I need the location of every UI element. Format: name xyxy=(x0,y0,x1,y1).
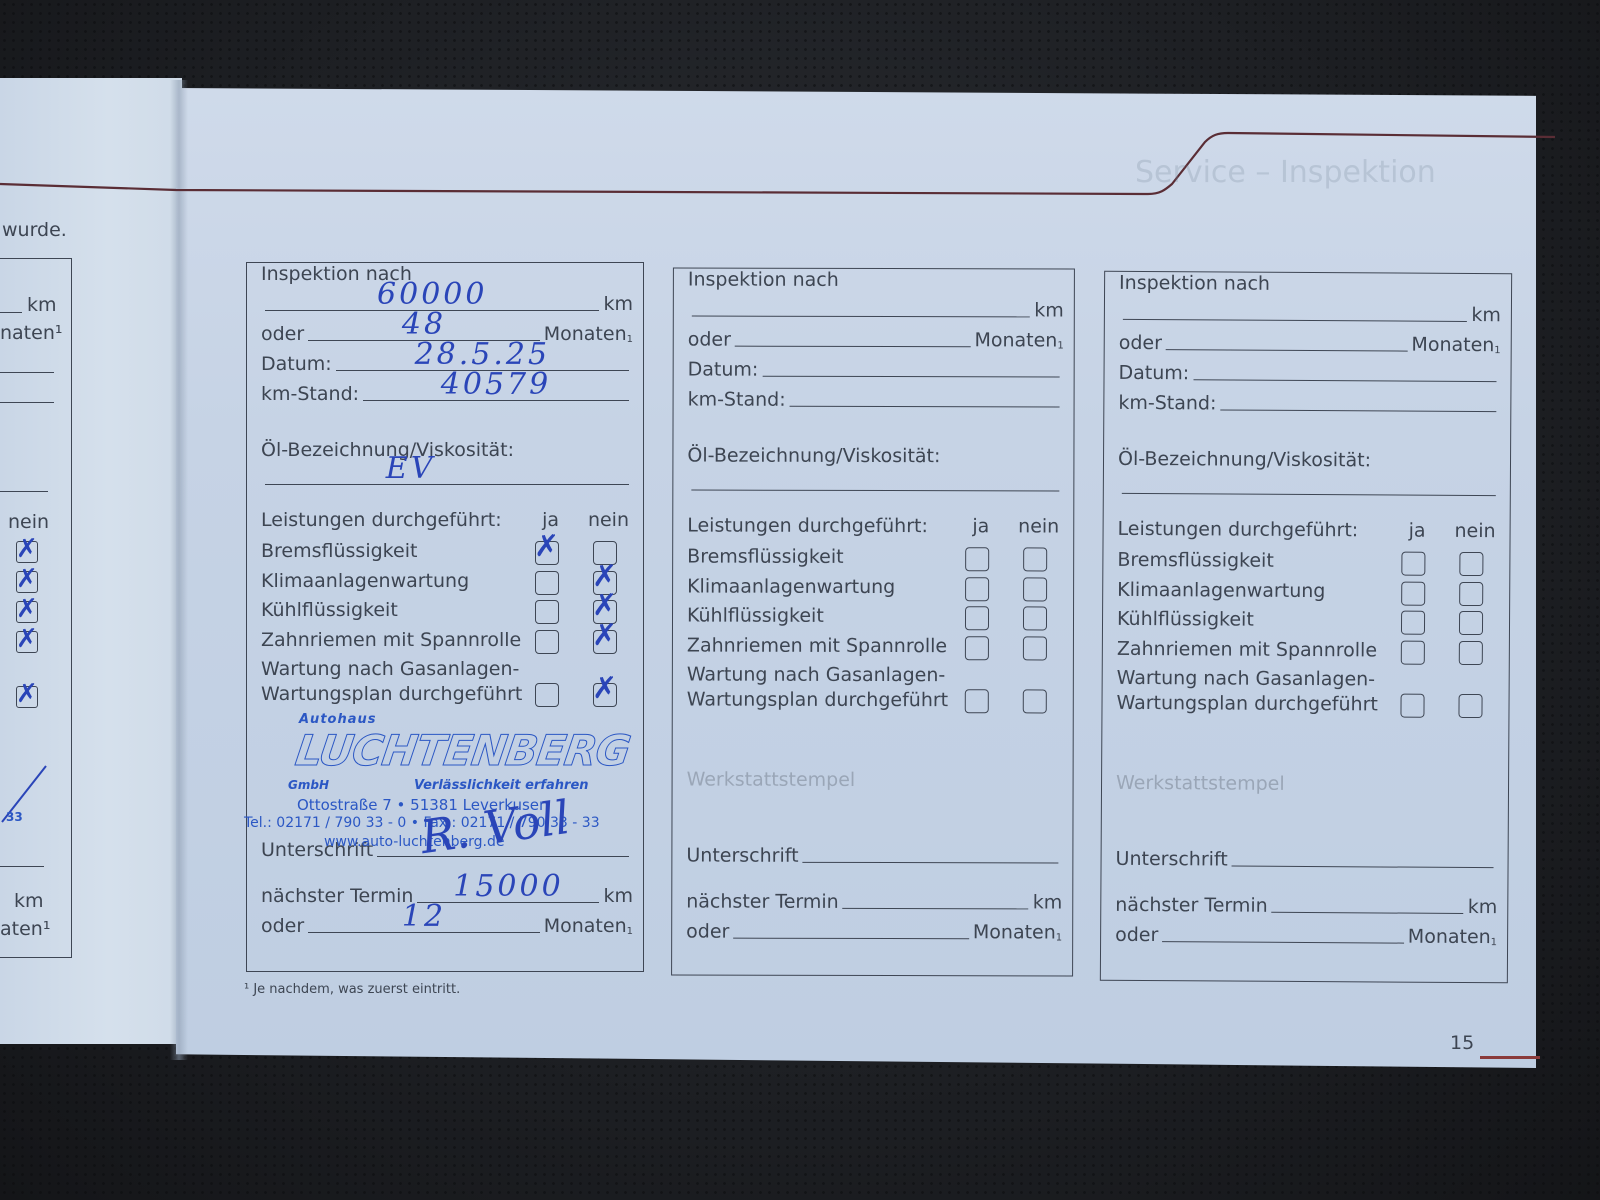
date-row: Datum: xyxy=(1118,358,1500,386)
left-line xyxy=(0,866,44,867)
next-service-km-row-field[interactable] xyxy=(843,887,1029,909)
inspection-km-row-field[interactable] xyxy=(1123,298,1468,322)
service-ja-checkbox[interactable] xyxy=(535,600,559,624)
next-service-km-row-field[interactable] xyxy=(1272,891,1464,914)
inspection-km-row: km xyxy=(688,295,1064,322)
service-row: Zahnriemen mit Spannrolle xyxy=(687,634,1059,665)
services-title: Leistungen durchgeführt: xyxy=(1118,518,1359,541)
stamp-autohaus: Autohaus xyxy=(299,712,376,727)
inspection-card-2: Inspektion nach km oder Monaten 1 Datum:… xyxy=(671,267,1075,976)
odometer-row-handwritten: 40579 xyxy=(441,367,551,402)
service-label: Zahnriemen mit Spannrolle xyxy=(261,628,521,653)
service-nein-checkbox[interactable] xyxy=(1023,547,1047,571)
next-service-km-row-unit: km xyxy=(1033,891,1063,913)
service-row: Wartung nach Gasanlagen- Wartungsplan du… xyxy=(1117,666,1495,698)
inspection-card-1: Inspektion nach 60000 km oder 48 Monaten… xyxy=(246,262,644,972)
service-label: Klimaanlagenwartung xyxy=(1117,578,1325,604)
page-number-accent xyxy=(1480,1056,1540,1059)
oil-label: Öl-Bezeichnung/Viskosität: xyxy=(687,445,1059,468)
oil-handwritten: EV xyxy=(386,451,436,486)
service-nein-checkbox[interactable] xyxy=(1459,641,1483,665)
oil-field[interactable]: EV xyxy=(265,463,629,485)
service-label: Wartung nach Gasanlagen- Wartungsplan du… xyxy=(687,663,948,714)
inspection-km-row-unit: km xyxy=(1471,304,1501,326)
service-label: Bremsflüssigkeit xyxy=(261,539,417,564)
odometer-row-label: km-Stand: xyxy=(1118,392,1216,415)
next-service-months-row-unit: Monaten xyxy=(1408,926,1491,949)
service-label: Wartung nach Gasanlagen- Wartungsplan du… xyxy=(1116,666,1378,718)
footnote-mark: 1 xyxy=(1491,937,1497,948)
inspection-card-3: Inspektion nach km oder Monaten 1 Datum:… xyxy=(1100,271,1512,983)
inspection-months-row-label: oder xyxy=(261,323,304,345)
service-row: Bremsflüssigkeit xyxy=(261,539,629,569)
odometer-row-label: km-Stand: xyxy=(261,383,359,405)
service-label: Zahnriemen mit Spannrolle xyxy=(687,634,947,660)
service-label: Kühlflüssigkeit xyxy=(1117,607,1254,633)
service-nein-checkbox[interactable] xyxy=(1459,582,1483,606)
service-row: Kühlflüssigkeit xyxy=(687,604,1059,635)
booklet-spine xyxy=(170,80,188,1060)
service-row: Klimaanlagenwartung xyxy=(687,575,1059,606)
ja-column-header: ja xyxy=(542,509,559,531)
service-label: Bremsflüssigkeit xyxy=(1117,548,1274,574)
footnote-mark: 1 xyxy=(1056,932,1062,943)
oil-row: EV xyxy=(261,463,633,489)
signature-field[interactable] xyxy=(1232,845,1494,869)
inspection-months-row: oder Monaten 1 xyxy=(688,325,1064,352)
service-row: Bremsflüssigkeit xyxy=(687,545,1059,576)
signature-field[interactable] xyxy=(803,841,1059,864)
service-row: Kühlflüssigkeit xyxy=(1117,607,1495,639)
date-row-label: Datum: xyxy=(1118,362,1189,384)
inspection-months-row-unit: Monaten xyxy=(1411,334,1494,357)
date-row-field[interactable] xyxy=(1193,358,1496,382)
inspection-km-row-unit: km xyxy=(1034,299,1064,321)
next-service-km-row-label: nächster Termin xyxy=(1115,894,1268,917)
left-stamp-fragment: 33 xyxy=(6,810,23,824)
service-row: Bremsflüssigkeit xyxy=(1117,548,1495,580)
service-row: Zahnriemen mit Spannrolle xyxy=(1117,637,1495,669)
next-service-km-row-unit: km xyxy=(1468,896,1498,918)
service-label: Klimaanlagenwartung xyxy=(261,569,469,594)
next-service-months-row-field[interactable] xyxy=(1162,920,1404,943)
inspection-months-row-unit: Monaten xyxy=(974,329,1057,351)
stamp-company-name: LUCHTENBERG xyxy=(293,726,633,775)
next-service-months-row: oder Monaten 1 xyxy=(1115,920,1497,948)
next-service-months-row-unit: Monaten xyxy=(544,915,627,937)
left-line xyxy=(0,402,54,403)
next-service-months-row-field[interactable] xyxy=(733,917,969,940)
inspection-months-row-unit: Monaten xyxy=(544,323,627,345)
service-row: Klimaanlagenwartung xyxy=(261,569,629,599)
next-service-km-row-label: nächster Termin xyxy=(261,885,413,907)
service-label: Kühlflüssigkeit xyxy=(687,604,824,629)
next-service-months-row-label: oder xyxy=(686,921,729,943)
footnote: ¹ Je nachdem, was zuerst eintritt. xyxy=(244,982,460,997)
service-nein-checkbox[interactable] xyxy=(1023,689,1047,713)
service-ja-checkbox[interactable] xyxy=(1401,611,1425,635)
oil-label: Öl-Bezeichnung/Viskosität: xyxy=(1118,448,1496,472)
ja-column-header: ja xyxy=(1409,520,1426,542)
service-label: Wartung nach Gasanlagen- Wartungsplan du… xyxy=(261,657,522,707)
nein-column-header: nein xyxy=(1018,515,1059,537)
odometer-row: km-Stand: xyxy=(688,385,1064,412)
signature-row: Unterschrift xyxy=(1116,844,1498,872)
service-nein-checkbox[interactable] xyxy=(593,630,617,654)
ja-column-header: ja xyxy=(972,515,989,537)
left-line xyxy=(0,372,54,373)
services-header: Leistungen durchgeführt: ja nein xyxy=(1118,518,1496,542)
left-wurde-text: wurde. xyxy=(2,219,67,241)
service-ja-checkbox[interactable] xyxy=(965,606,989,630)
workshop-stamp-placeholder: Werkstattstempel xyxy=(687,769,856,791)
services-title: Leistungen durchgeführt: xyxy=(261,509,502,531)
service-nein-checkbox[interactable] xyxy=(1458,694,1482,718)
service-nein-checkbox[interactable] xyxy=(1023,577,1047,601)
signature-label: Unterschrift xyxy=(686,845,798,867)
left-line xyxy=(0,491,48,492)
next-service-km-row: nächster Termin 15000 km xyxy=(261,881,633,907)
odometer-row-label: km-Stand: xyxy=(688,389,786,411)
left-monaten-bottom: aten¹ xyxy=(0,918,50,940)
service-label: Zahnriemen mit Spannrolle xyxy=(1117,637,1377,664)
next-service-months-row: oder Monaten 1 xyxy=(686,917,1062,944)
stamp-gmbh: GmbH xyxy=(288,778,329,792)
next-service-km-row-handwritten: 15000 xyxy=(453,869,563,904)
inspection-months-row-field[interactable] xyxy=(735,325,971,348)
oil-field[interactable] xyxy=(691,469,1059,492)
faint-header-title: Service – Inspektion xyxy=(1135,155,1436,190)
left-line xyxy=(0,312,22,313)
footnote-mark: 1 xyxy=(627,334,633,345)
odometer-row-field[interactable] xyxy=(1220,388,1496,412)
service-ja-checkbox[interactable] xyxy=(535,683,559,707)
inspection-months-row: oder Monaten 1 xyxy=(1119,328,1501,356)
left-nein-checkbox[interactable]: ✗ xyxy=(16,541,38,563)
left-km: km xyxy=(27,294,57,316)
odometer-row-field[interactable]: 40579 xyxy=(363,379,629,401)
inspection-months-row-field[interactable] xyxy=(1166,328,1408,351)
next-service-months-row-handwritten: 12 xyxy=(402,899,446,934)
left-km-bottom: km xyxy=(14,890,44,912)
footnote-mark: 1 xyxy=(1494,345,1500,356)
oil-label: Öl-Bezeichnung/Viskosität: xyxy=(261,439,629,461)
service-nein-checkbox[interactable] xyxy=(1023,636,1047,660)
next-service-km-row: nächster Termin km xyxy=(686,887,1062,914)
odometer-row-field[interactable] xyxy=(790,385,1060,408)
inspection-months-row-label: oder xyxy=(1119,332,1162,354)
next-service-months-row-label: oder xyxy=(1115,924,1158,946)
service-ja-checkbox[interactable] xyxy=(1400,694,1424,718)
nein-column-header: nein xyxy=(1454,520,1495,542)
service-ja-checkbox[interactable] xyxy=(965,577,989,601)
left-nein-checkbox[interactable]: ✗ xyxy=(16,601,38,623)
service-nein-checkbox[interactable] xyxy=(1459,611,1483,635)
next-service-km-row-label: nächster Termin xyxy=(686,891,838,913)
service-ja-checkbox[interactable] xyxy=(1401,582,1425,606)
footnote-mark: 1 xyxy=(1057,340,1063,351)
service-ja-checkbox[interactable] xyxy=(965,547,989,571)
page-number: 15 xyxy=(1450,1032,1474,1054)
next-service-months-row-unit: Monaten xyxy=(973,921,1056,943)
service-label: Klimaanlagenwartung xyxy=(687,575,895,601)
oil-row xyxy=(687,469,1063,496)
date-row-label: Datum: xyxy=(261,353,332,375)
signature-label: Unterschrift xyxy=(1116,848,1228,871)
oil-field[interactable] xyxy=(1122,472,1496,496)
inspection-title: Inspektion nach xyxy=(1119,272,1497,296)
service-ja-checkbox[interactable] xyxy=(1401,641,1425,665)
service-ja-checkbox[interactable] xyxy=(535,571,559,595)
service-ja-checkbox[interactable] xyxy=(965,689,989,713)
service-nein-checkbox[interactable] xyxy=(593,683,617,707)
left-nein-checkbox[interactable]: ✗ xyxy=(16,686,38,708)
date-row-field[interactable] xyxy=(762,355,1059,378)
service-ja-checkbox[interactable] xyxy=(965,636,989,660)
odometer-row: km-Stand: 40579 xyxy=(261,379,633,405)
left-nein: nein xyxy=(8,511,49,533)
inspection-km-row-field[interactable] xyxy=(692,295,1031,318)
services-title: Leistungen durchgeführt: xyxy=(687,515,928,538)
left-nein-checkbox[interactable]: ✗ xyxy=(16,571,38,593)
next-service-months-row-label: oder xyxy=(261,915,304,937)
inspection-months-row-label: oder xyxy=(688,329,731,351)
workshop-stamp-placeholder: Werkstattstempel xyxy=(1116,772,1285,795)
left-monaten: naten¹ xyxy=(0,322,62,344)
inspection-title: Inspektion nach xyxy=(688,269,1060,292)
service-ja-checkbox[interactable] xyxy=(535,630,559,654)
services-header: Leistungen durchgeführt: ja nein xyxy=(261,509,629,531)
service-row: Zahnriemen mit Spannrolle xyxy=(261,628,629,658)
next-service-km-row: nächster Termin km xyxy=(1115,890,1497,918)
nein-column-header: nein xyxy=(588,509,629,531)
service-nein-checkbox[interactable] xyxy=(1459,552,1483,576)
left-nein-checkbox[interactable]: ✗ xyxy=(16,631,38,653)
next-service-km-row-unit: km xyxy=(603,885,633,907)
signature-row: Unterschrift xyxy=(686,841,1062,868)
service-label: Kühlflüssigkeit xyxy=(261,598,398,623)
inspection-km-row: km xyxy=(1119,298,1501,326)
service-label: Bremsflüssigkeit xyxy=(687,545,843,570)
inspection-km-row-unit: km xyxy=(603,293,633,315)
oil-row xyxy=(1118,472,1500,500)
service-row: Wartung nach Gasanlagen- Wartungsplan du… xyxy=(687,663,1059,694)
date-row: Datum: xyxy=(688,355,1064,382)
services-header: Leistungen durchgeführt: ja nein xyxy=(687,515,1059,538)
service-ja-checkbox[interactable] xyxy=(535,541,559,565)
service-row: Kühlflüssigkeit xyxy=(261,598,629,628)
service-row: Klimaanlagenwartung xyxy=(1117,578,1495,610)
service-nein-checkbox[interactable] xyxy=(1023,606,1047,630)
footnote-mark: 1 xyxy=(627,926,633,937)
service-row: Wartung nach Gasanlagen- Wartungsplan du… xyxy=(261,657,629,687)
odometer-row: km-Stand: xyxy=(1118,388,1500,416)
date-row-label: Datum: xyxy=(688,359,759,381)
next-service-months-row-field[interactable]: 12 xyxy=(308,911,540,933)
service-ja-checkbox[interactable] xyxy=(1401,552,1425,576)
inspection-km-row: 60000 km xyxy=(261,289,633,315)
next-service-months-row: oder 12 Monaten 1 xyxy=(261,911,633,937)
